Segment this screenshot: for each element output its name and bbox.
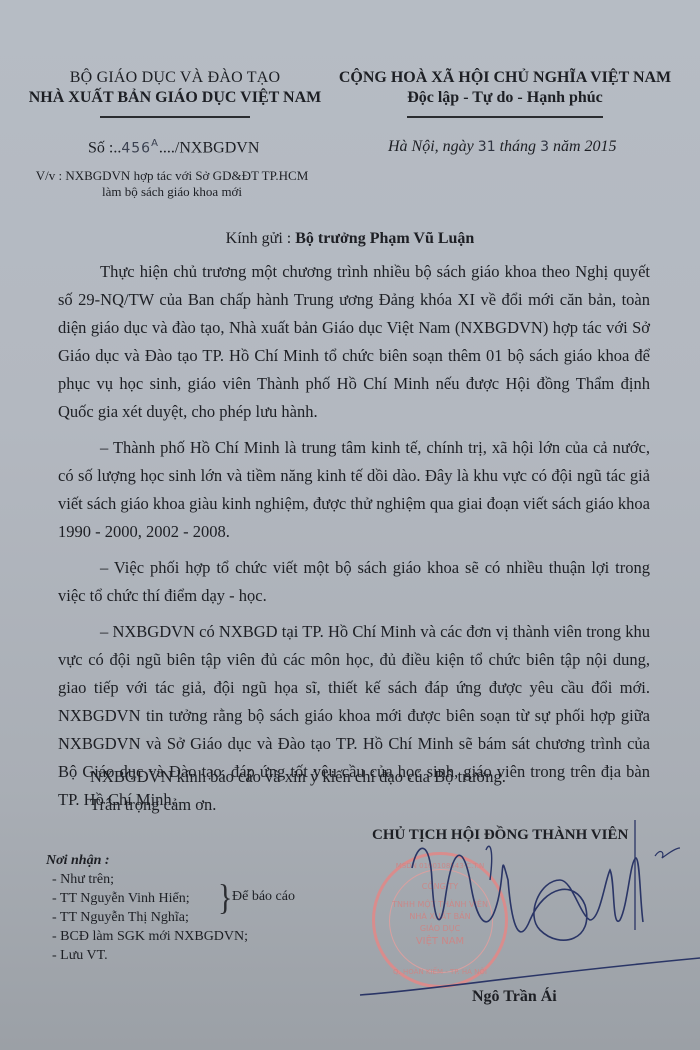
signer-name: Ngô Trần Ái xyxy=(472,988,557,1006)
body-paragraph: – Thành phố Hồ Chí Minh là trung tâm kin… xyxy=(58,434,650,546)
salutation-prefix: Kính gửi : xyxy=(226,230,292,247)
subject-line-2: làm bộ sách giáo khoa mới xyxy=(22,184,322,200)
national-motto: Độc lập - Tự do - Hạnh phúc xyxy=(310,88,700,108)
salutation: Kính gửi : Bộ trưởng Phạm Vũ Luận xyxy=(0,230,700,248)
recipient-item: - Lưu VT. xyxy=(52,946,248,965)
date-month: 3 xyxy=(540,139,549,155)
brace-icon: } xyxy=(218,880,232,916)
date-year: năm 2015 xyxy=(549,138,617,155)
date-day: 31 xyxy=(478,139,496,155)
recipient-item: - BCĐ làm SGK mới NXBGDVN; xyxy=(52,927,248,946)
handwritten-suffix: A xyxy=(151,138,159,149)
stamp-line-4: GIÁO DỤC xyxy=(375,923,505,934)
salutation-recipient: Bộ trưởng Phạm Vũ Luận xyxy=(295,230,474,247)
letter-body: Thực hiện chủ trương một chương trình nh… xyxy=(58,258,650,822)
date-month-label: tháng xyxy=(496,138,540,155)
signer-title: CHỦ TỊCH HỘI ĐỒNG THÀNH VIÊN xyxy=(372,827,628,844)
document-number: Số :..456A..../NXBGDVN xyxy=(88,138,259,157)
publisher-name: NHÀ XUẤT BẢN GIÁO DỤC VIỆT NAM xyxy=(0,88,350,108)
stamp-bottom-arc: Q. HOÀN KIẾM - TP. HÀ NỘI xyxy=(375,967,505,978)
brace-label: Để báo cáo xyxy=(232,889,295,905)
initial-mark xyxy=(655,848,680,858)
body-paragraph: Thực hiện chủ trương một chương trình nh… xyxy=(58,258,650,426)
stamp-line-5: VIỆT NAM xyxy=(375,936,505,947)
ministry-name: BỘ GIÁO DỤC VÀ ĐÀO TẠO xyxy=(0,68,350,88)
motto-underline xyxy=(407,116,603,118)
handwritten-number: 456 xyxy=(121,140,151,156)
closing-request: NXBGDVN kính báo cáo và xin ý kiến chỉ đ… xyxy=(90,763,506,791)
closing-thanks: Trân trọng cảm ơn. xyxy=(90,791,216,819)
stamp-line-1: CÔNG TY xyxy=(375,881,505,892)
issuer-underline xyxy=(100,116,250,118)
number-prefix: Số :.. xyxy=(88,139,121,156)
recipients-title: Nơi nhận : xyxy=(46,853,110,869)
official-stamp: MSDN 0100108543-C.T.N CÔNG TY TNHH MỘT T… xyxy=(372,852,508,988)
nation-header: CỘNG HOÀ XÃ HỘI CHỦ NGHĨA VIỆT NAM Độc l… xyxy=(310,68,700,118)
stamp-line-2: TNHH MỘT THÀNH VIÊN xyxy=(375,899,505,910)
date-place: Hà Nội, ngày xyxy=(388,138,478,155)
republic-title: CỘNG HOÀ XÃ HỘI CHỦ NGHĨA VIỆT NAM xyxy=(310,68,700,88)
body-paragraph: – Việc phối hợp tổ chức viết một bộ sách… xyxy=(58,554,650,610)
subject-block: V/v : NXBGDVN hợp tác với Sở GD&ĐT TP.HC… xyxy=(22,168,322,200)
stamp-top-arc: MSDN 0100108543-C.T.N xyxy=(375,861,505,872)
number-suffix: ..../NXBGDVN xyxy=(159,139,259,156)
issuer-header: BỘ GIÁO DỤC VÀ ĐÀO TẠO NHÀ XUẤT BẢN GIÁO… xyxy=(0,68,350,118)
stamp-line-3: NHÀ XUẤT BẢN xyxy=(375,911,505,922)
subject-line-1: V/v : NXBGDVN hợp tác với Sở GD&ĐT TP.HC… xyxy=(22,168,322,184)
document-date: Hà Nội, ngày 31 tháng 3 năm 2015 xyxy=(388,138,617,156)
